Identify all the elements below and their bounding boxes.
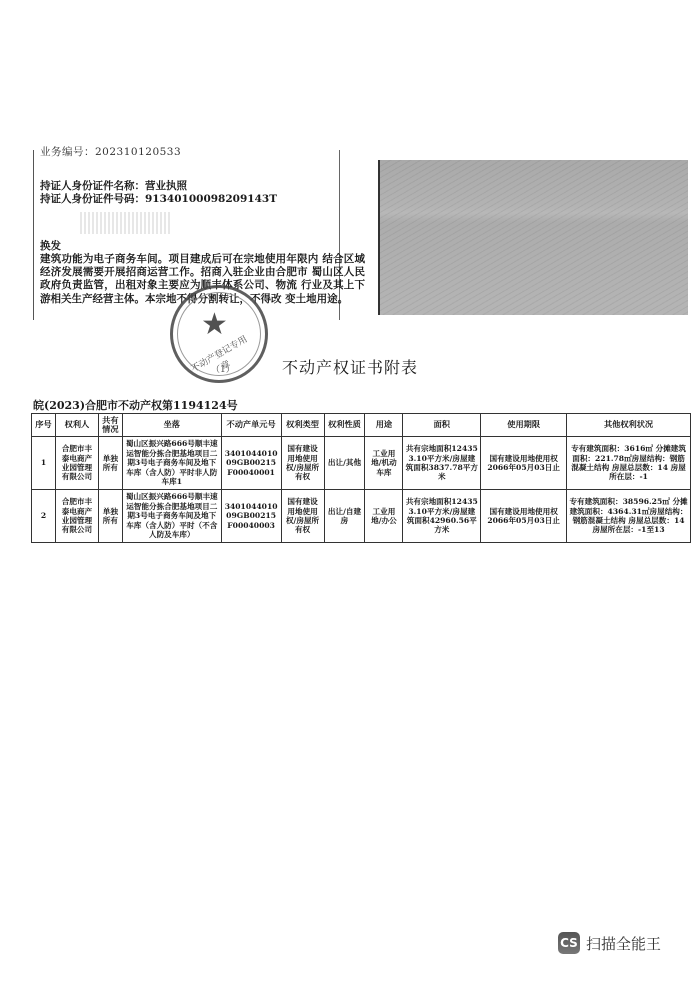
cell-right-nature: 出让/自建房 — [324, 490, 365, 543]
cell-usage: 工业用地/办公 — [365, 490, 403, 543]
header-other: 其他权利状况 — [567, 414, 691, 437]
cell-co-ownership: 单独所有 — [98, 437, 122, 490]
annex-title: 不动产权证书附表 — [282, 355, 418, 378]
cell-area: 共有宗地面积124353.10平方米/房屋建筑面积42960.56平方米 — [403, 490, 481, 543]
table-header-row: 序号 权利人 共有情况 坐落 不动产单元号 权利类型 权利性质 用途 面积 使用… — [32, 414, 691, 437]
official-seal: ★ 不动产登记专用章 （1） — [170, 285, 268, 383]
cell-term: 国有建设用地使用权2066年05月03日止 — [481, 490, 567, 543]
reissue-label: 换发 — [40, 240, 61, 252]
blurred-text — [80, 212, 170, 234]
cell-unit-no: 340104401009GB00215F00040001 — [221, 437, 281, 490]
scanned-gray-area — [378, 160, 688, 315]
header-unit-no: 不动产单元号 — [221, 414, 281, 437]
camscanner-logo-icon: CS — [558, 932, 580, 954]
header-usage: 用途 — [365, 414, 403, 437]
cell-owner: 合肥市丰泰电商产业园管理有限公司 — [55, 490, 98, 543]
seal-number: （1） — [211, 362, 235, 375]
header-right-type: 权利类型 — [281, 414, 324, 437]
cell-seq: 1 — [32, 437, 56, 490]
header-area: 面积 — [403, 414, 481, 437]
cell-other: 专有建筑面积：3616㎡ 分摊建筑面积：221.78㎡房屋结构：钢筋混凝土结构 … — [567, 437, 691, 490]
certificate-fragment: 业务编号：202310120533 持证人身份证件名称：营业执照 持证人身份证件… — [33, 150, 340, 320]
cell-unit-no: 340104401009GB00215F00040003 — [221, 490, 281, 543]
header-seq: 序号 — [32, 414, 56, 437]
cell-right-type: 国有建设用地使用权/房屋所有权 — [281, 490, 324, 543]
cell-usage: 工业用地/机动车库 — [365, 437, 403, 490]
cell-right-nature: 出让/其他 — [324, 437, 365, 490]
cell-owner: 合肥市丰泰电商产业园管理有限公司 — [55, 437, 98, 490]
certificate-number: 皖(2023)合肥市不动产权第1194124号 — [33, 397, 238, 413]
cell-seq: 2 — [32, 490, 56, 543]
cell-right-type: 国有建设用地使用权/房屋所有权 — [281, 437, 324, 490]
table-row: 1 合肥市丰泰电商产业园管理有限公司 单独所有 蜀山区振兴路666号顺丰速运智能… — [32, 437, 691, 490]
table-row: 2 合肥市丰泰电商产业园管理有限公司 单独所有 蜀山区振兴路666号顺丰速运智能… — [32, 490, 691, 543]
header-location: 坐落 — [122, 414, 221, 437]
business-number: 业务编号：202310120533 — [40, 146, 181, 158]
cell-term: 国有建设用地使用权2066年05月03日止 — [481, 437, 567, 490]
cell-area: 共有宗地面积124353.10平方米/房屋建筑面积3837.78平方米 — [403, 437, 481, 490]
header-right-nature: 权利性质 — [324, 414, 365, 437]
cell-other: 专有建筑面积：38596.25㎡ 分摊建筑面积：4364.31㎡房屋结构：钢筋混… — [567, 490, 691, 543]
rights-table: 序号 权利人 共有情况 坐落 不动产单元号 权利类型 权利性质 用途 面积 使用… — [31, 413, 691, 543]
cell-location: 蜀山区振兴路666号顺丰速运智能分拣合肥基地项目二期3号电子商务车间及地下车库（… — [122, 490, 221, 543]
holder-id-type: 持证人身份证件名称：营业执照 — [40, 180, 187, 192]
camscanner-text: 扫描全能王 — [586, 933, 661, 954]
header-term: 使用期限 — [481, 414, 567, 437]
holder-id-number: 持证人身份证件号码：91340100098209143T — [40, 193, 277, 205]
cell-co-ownership: 单独所有 — [98, 490, 122, 543]
cell-location: 蜀山区振兴路666号顺丰速运智能分拣合肥基地项目二期3号电子商务车间及地下车库（… — [122, 437, 221, 490]
camscanner-watermark: CS 扫描全能王 — [558, 932, 661, 954]
header-owner: 权利人 — [55, 414, 98, 437]
header-co-ownership: 共有情况 — [98, 414, 122, 437]
star-icon: ★ — [201, 310, 228, 340]
